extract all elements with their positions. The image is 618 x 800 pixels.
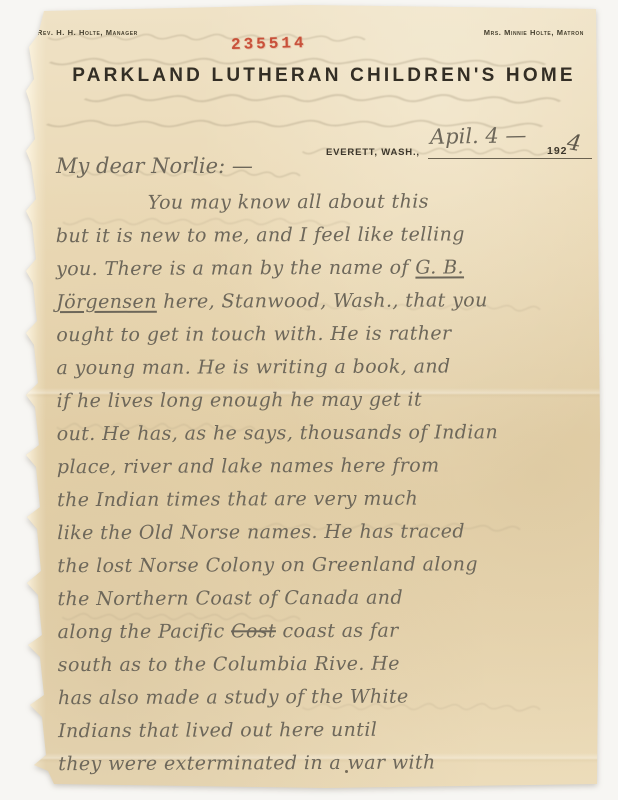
handwriting-line: Indians that lived out here until [58,718,588,753]
handwritten-date: Apil. 4 — [430,123,527,149]
letter-page: Rev. H. H. Holte, Manager Mrs. Minnie Ho… [26,5,600,789]
handwriting-text: they were exterminated in a war with [58,752,436,776]
handwriting-text: place, river and lake names here from [57,454,440,478]
handwriting-text: the Northern Coast of Canada and [57,587,403,611]
handwriting-line: but it is new to me, and I feel like tel… [56,223,586,258]
handwriting-text: coast as far [276,620,399,643]
handwriting-line: like the Old Norse names. He has traced [57,520,587,555]
place-label: EVERETT, WASH., [326,147,420,158]
handwriting-line: if he lives long enough he may get it [57,388,587,423]
handwriting-line: you. There is a man by the name of G. B. [56,256,586,291]
scanned-letter-scene: Rev. H. H. Holte, Manager Mrs. Minnie Ho… [0,0,618,800]
handwriting-line: ought to get in touch with. He is rather [56,322,586,357]
handwriting-text: the lost Norse Colony on Greenland along [57,553,478,577]
handwriting-text: you. There is a man by the name of [56,257,415,281]
handwriting-text: like the Old Norse names. He has traced [57,520,465,544]
handwriting-line: south as to the Columbia Rive. He [58,652,588,687]
handwriting-line: the Indian times that are very much [57,487,587,522]
paper-shadow-wrap: Rev. H. H. Holte, Manager Mrs. Minnie Ho… [26,5,600,789]
handwriting-line: place, river and lake names here from [57,454,587,489]
handwriting-text: but it is new to me, and I feel like tel… [56,223,465,247]
handwriting-line: You may know all about this [56,190,586,225]
handwriting-line: Jörgensen here, Stanwood, Wash., that yo… [56,289,586,324]
salutation: My dear Norlie: — [56,154,253,178]
underlined-text: G. B. [415,256,464,278]
underlined-text: Jörgensen [56,291,157,313]
manager-label: Rev. H. H. Holte, Manager [37,28,138,37]
handwriting-text: the Indian times that are very much [57,488,418,512]
handwriting-text: ought to get in touch with. He is rather [56,322,451,346]
handwriting-text: Indians that lived out here until [58,719,377,742]
letterhead-title: PARKLAND LUTHERAN CHILDREN'S HOME [26,65,600,87]
handwriting-text: along the Pacific [58,620,232,643]
handwriting-text: here, Stanwood, Wash., that you [157,289,488,312]
handwriting-line: a young man. He is writing a book, and [56,355,586,390]
handwriting-text: a young man. He is writing a book, and [56,355,450,379]
printed-year-prefix: 192 [547,145,568,157]
red-stamp-number: 235514 [231,34,307,54]
handwriting-text: out. He has, as he says, thousands of In… [57,421,498,445]
pencil-speck [345,770,348,773]
handwriting-line: along the Pacific Cost coast as far [58,619,588,654]
handwriting-text: You may know all about this [148,191,429,214]
handwriting-text: south as to the Columbia Rive. He [58,653,400,676]
handwriting-line: out. He has, as he says, thousands of In… [57,421,587,456]
handwriting-line: they were exterminated in a war with [58,751,588,786]
handwriting-text: has also made a study of the White [58,686,409,710]
letter-body-lines: You may know all about thisbut it is new… [56,190,589,786]
handwriting-text: if he lives long enough he may get it [57,389,422,413]
matron-label: Mrs. Minnie Holte, Matron [484,28,584,37]
handwriting-line: has also made a study of the White [58,685,588,720]
handwriting-line: the Northern Coast of Canada and [57,586,587,621]
handwriting-line: the lost Norse Colony on Greenland along [57,553,587,588]
struck-through-text: Cost [231,620,276,642]
